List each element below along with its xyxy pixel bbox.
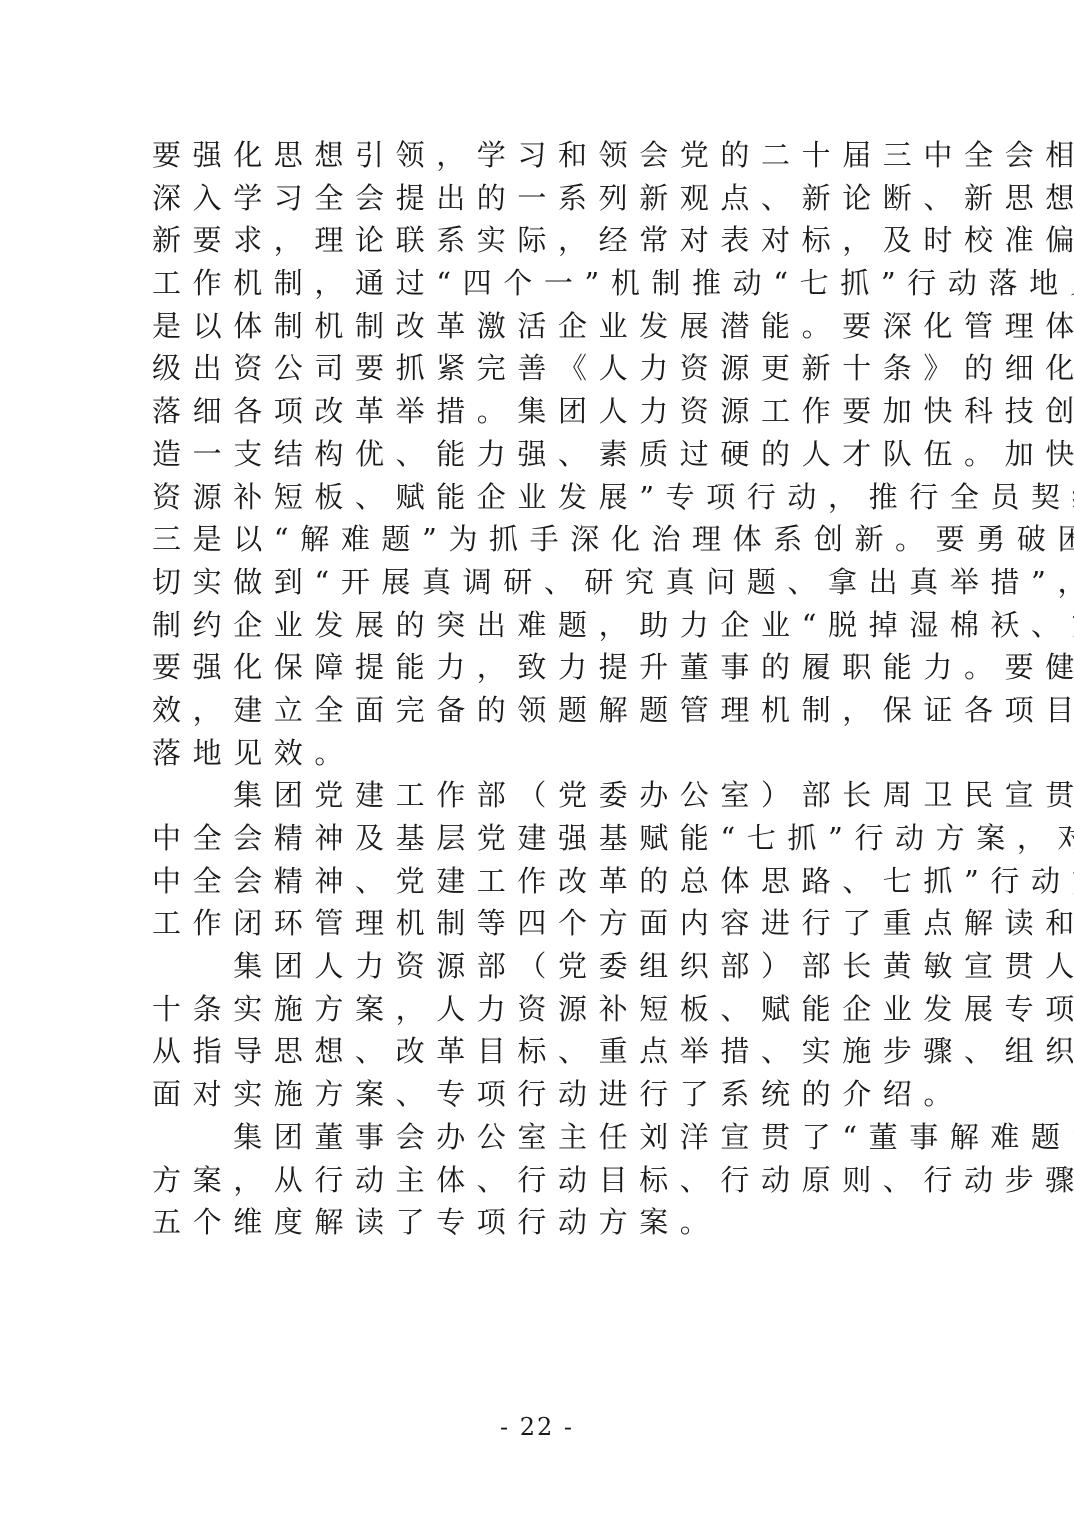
document-body: 要强化思想引领，学习和领会党的二十届三中全会相关文件精神， 深入学习全会提出的一…: [152, 134, 927, 1244]
text-line: 面对实施方案、专项行动进行了系统的介绍。: [152, 1073, 927, 1116]
text-line: 造一支结构优、能力强、素质过硬的人才队伍。加快实施“人力: [152, 433, 927, 476]
text-line: 落地见效。: [152, 732, 927, 775]
text-line: 方案，从行动主体、行动目标、行动原则、行动步骤、行动保障: [152, 1159, 927, 1202]
paragraph-start-line: 集团人力资源部（党委组织部）部长黄敏宣贯人力资源更新: [152, 945, 927, 988]
text-line: 落细各项改革举措。集团人力资源工作要加快科技创新步伐，打: [152, 390, 927, 433]
text-line: 级出资公司要抓紧完善《人力资源更新十条》的细化方案，落实: [152, 347, 927, 390]
text-line: 十条实施方案，人力资源补短板、赋能企业发展专项行动方案，: [152, 988, 927, 1031]
page-number: - 22 -: [0, 1413, 1074, 1441]
text-line: 五个维度解读了专项行动方案。: [152, 1201, 927, 1244]
text-line: 制约企业发展的突出难题，助力企业“脱掉湿棉袄、穿上冲锋衣”。: [152, 604, 927, 647]
text-line: 要强化思想引领，学习和领会党的二十届三中全会相关文件精神，: [152, 134, 927, 177]
text-line: 深入学习全会提出的一系列新观点、新论断、新思想、新战略、: [152, 177, 927, 220]
text-line: 要强化保障提能力，致力提升董事的履职能力。要健全机制促成: [152, 646, 927, 689]
text-line: 工作闭环管理机制等四个方面内容进行了重点解读和讲解。: [152, 902, 927, 945]
text-line: 中全会精神及基层党建强基赋能“七抓”行动方案，对二十届三: [152, 817, 927, 860]
text-line: 效，建立全面完备的领题解题管理机制，保证各项目稳健推进、: [152, 689, 927, 732]
text-line: 新要求，理论联系实际，经常对表对标，及时校准偏差。要优化: [152, 219, 927, 262]
text-line: 是以体制机制改革激活企业发展潜能。要深化管理体制改革，各: [152, 305, 927, 348]
text-line: 切实做到“开展真调研、研究真问题、拿出真举措”，着力化解: [152, 561, 927, 604]
text-line: 工作机制，通过“四个一”机制推动“七抓”行动落地见效。二: [152, 262, 927, 305]
text-line: 三是以“解难题”为抓手深化治理体系创新。要勇破困局启新程，: [152, 518, 927, 561]
text-line: 中全会精神、党建工作改革的总体思路、七抓”行动方案、党建: [152, 860, 927, 903]
text-line: 资源补短板、赋能企业发展”专项行动，推行全员契约化管理。: [152, 476, 927, 519]
paragraph-start-line: 集团董事会办公室主任刘洋宣贯了“董事解难题”专项行动: [152, 1116, 927, 1159]
text-line: 从指导思想、改革目标、重点举措、实施步骤、组织保障五个方: [152, 1030, 927, 1073]
paragraph-start-line: 集团党建工作部（党委办公室）部长周卫民宣贯了二十届三: [152, 774, 927, 817]
